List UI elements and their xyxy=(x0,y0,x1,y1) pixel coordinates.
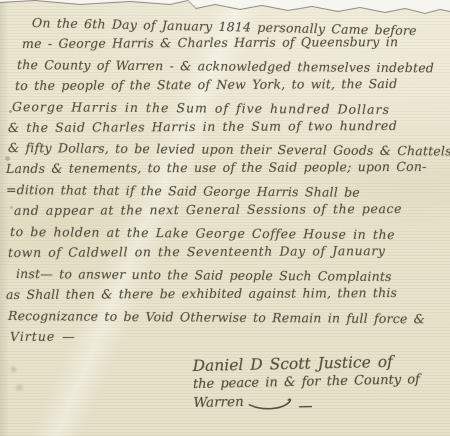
manuscript-line: & the Said Charles Harris in the Sum of … xyxy=(8,115,450,138)
manuscript-line: town of Caldwell on the Seventeenth Day … xyxy=(8,241,450,264)
manuscript-line: and appear at the next General Sessions … xyxy=(14,199,450,222)
manuscript-line: Lands & tenements, to the use of the Sai… xyxy=(6,157,450,180)
manuscript-line: Virtue — xyxy=(10,324,450,347)
signature-flourish-icon xyxy=(248,396,318,411)
document-page: On the 6th Day of January 1814 personall… xyxy=(0,0,450,436)
signature-block: Daniel D Scott Justice of the peace in &… xyxy=(192,351,420,413)
manuscript-line: as Shall then & there be exhibited again… xyxy=(6,282,450,305)
paper-torn-sheet: On the 6th Day of January 1814 personall… xyxy=(0,0,450,436)
manuscript-line: to the people of the State of New York, … xyxy=(15,73,450,96)
signature-county: Warren xyxy=(193,389,420,413)
signature-county-text: Warren xyxy=(193,393,244,413)
manuscript-body: On the 6th Day of January 1814 personall… xyxy=(6,13,450,348)
manuscript-line: me - George Harris & Charles Harris of Q… xyxy=(22,32,450,55)
